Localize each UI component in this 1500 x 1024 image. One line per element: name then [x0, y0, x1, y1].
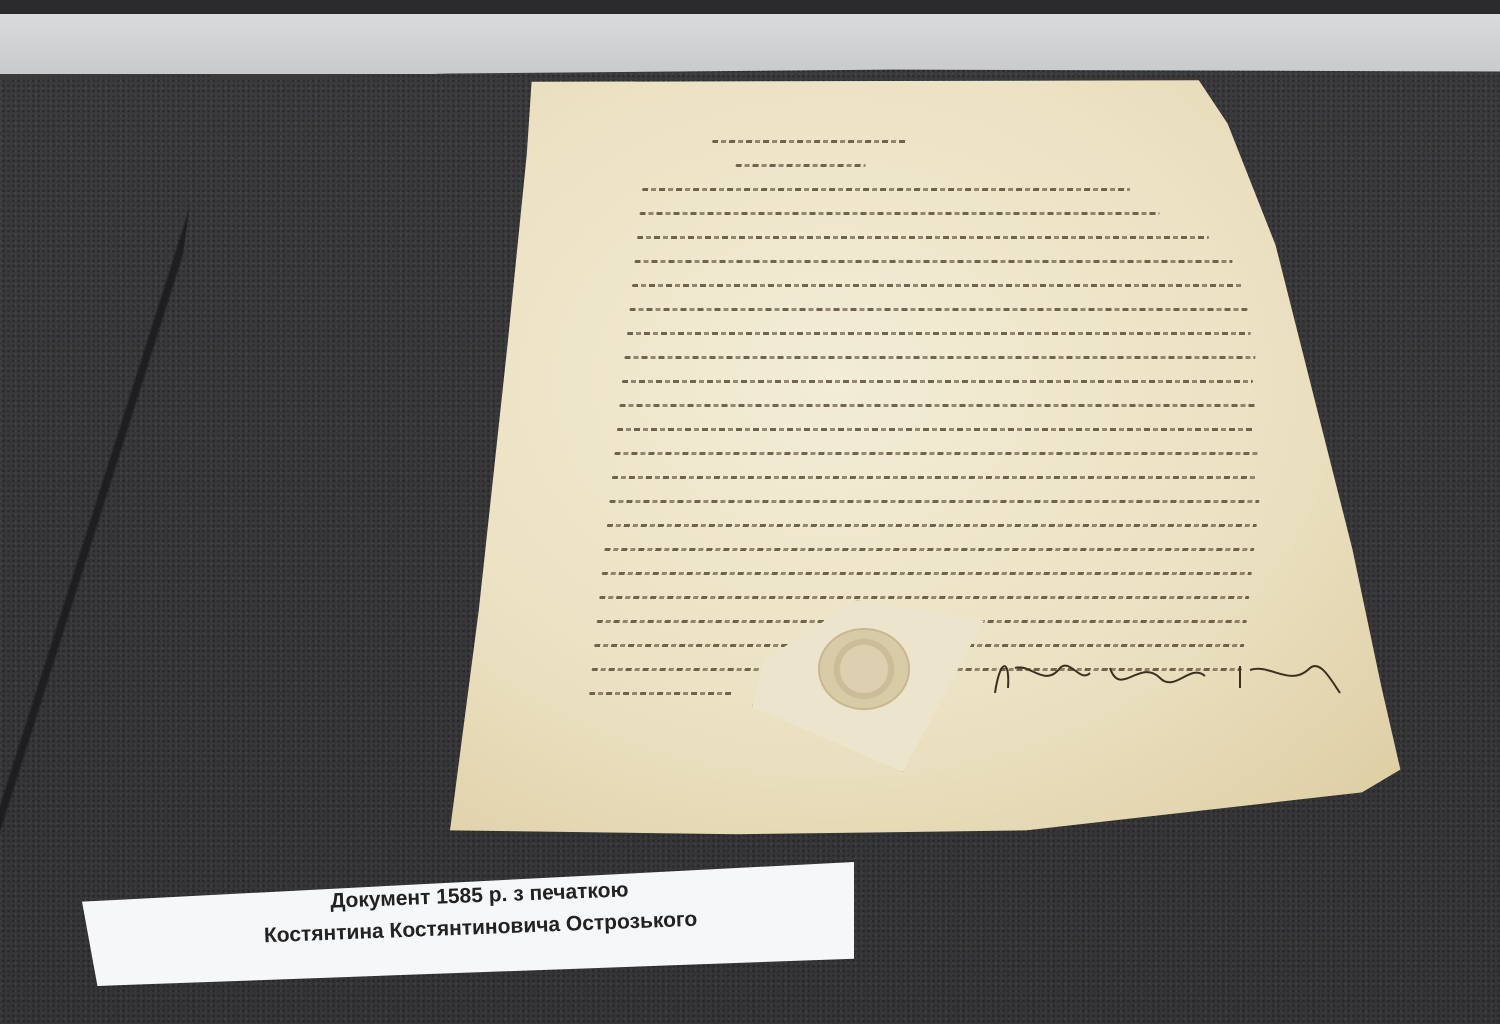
manuscript-handwriting: [593, 140, 1298, 660]
display-case-wall: [0, 14, 1500, 74]
scribe-signature: [990, 648, 1350, 708]
embossed-seal-icon: [818, 628, 910, 710]
top-frame-strip: [0, 0, 1500, 14]
